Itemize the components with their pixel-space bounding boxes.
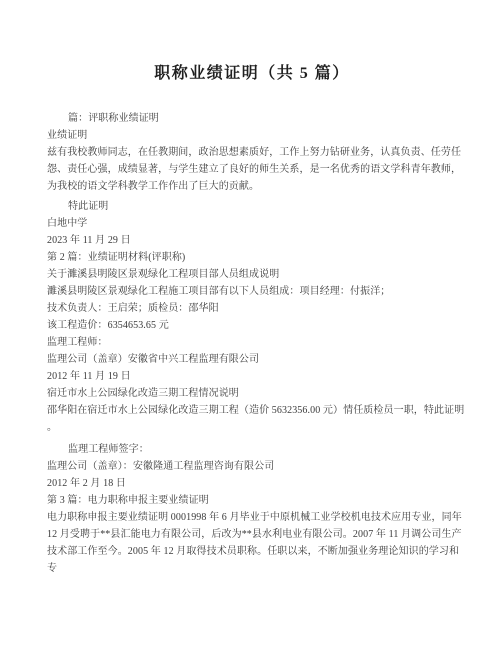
doc-line: 监理公司（盖章）：安徽隆通工程监理咨询有限公司 <box>47 458 457 475</box>
doc-line: 宿迁市水上公园绿化改造三期工程情况说明 <box>47 385 457 402</box>
doc-line: 。 <box>47 419 457 436</box>
doc-line: 怨、责任心强，成绩显著，与学生建立了良好的师生关系，是一名优秀的语文学科青年教师… <box>47 161 457 178</box>
doc-line: 2023 年 11 月 29 日 <box>47 232 457 249</box>
doc-line: 12 月受聘于**县汇能电力有限公司，后改为**县水利电业有限公司。2007 年… <box>47 526 457 543</box>
doc-line: 篇：评职称业绩证明 <box>47 110 457 127</box>
doc-line: 监理工程师签字： <box>47 441 457 458</box>
document-content: 职称业绩证明（共 5 篇） 篇：评职称业绩证明 业绩证明 兹有我校教师同志，在任… <box>47 64 457 577</box>
doc-line: 监理工程师： <box>47 334 457 351</box>
doc-line: 第 2 篇：业绩证明材料(评职称) <box>47 249 457 266</box>
doc-line: 该工程造价：6354653.65 元 <box>47 317 457 334</box>
doc-line: 2012 年 2 月 18 日 <box>47 475 457 492</box>
doc-line: 为我校的语文学科教学工作作出了巨大的贡献。 <box>47 178 457 195</box>
doc-line: 濉溪县明陵区景观绿化工程施工项目部有以下人员组成：项目经理：付振洋； <box>47 283 457 300</box>
doc-line: 技术部工作至今。2005 年 12 月取得技术员职称。任职以来，不断加强业务理论… <box>47 543 457 560</box>
doc-line: 2012 年 11 月 19 日 <box>47 368 457 385</box>
doc-line: 业绩证明 <box>47 127 457 144</box>
doc-line: 专 <box>47 560 457 577</box>
document-title: 职称业绩证明（共 5 篇） <box>47 64 457 84</box>
doc-line: 白地中学 <box>47 215 457 232</box>
doc-line: 邵华阳在宿迁市水上公园绿化改造三期工程（造价 5632356.00 元）情任质检… <box>47 402 457 419</box>
doc-line: 电力职称申报主要业绩证明 0001998 年 6 月毕业于中原机械工业学校机电技… <box>47 509 457 526</box>
doc-line: 特此证明 <box>47 198 457 215</box>
doc-line: 兹有我校教师同志，在任教期间，政治思想素质好，工作上努力钻研业务，认真负责、任劳… <box>47 144 457 161</box>
doc-line: 技术负责人：王启荣；质检员：邵华阳 <box>47 300 457 317</box>
doc-line: 第 3 篇：电力职称申报主要业绩证明 <box>47 492 457 509</box>
doc-line: 监理公司（盖章）安徽省中兴工程监理有限公司 <box>47 351 457 368</box>
doc-line: 关于濉溪县明陵区景观绿化工程项目部人员组成说明 <box>47 266 457 283</box>
document-page: 职称业绩证明（共 5 篇） 篇：评职称业绩证明 业绩证明 兹有我校教师同志，在任… <box>0 0 500 647</box>
